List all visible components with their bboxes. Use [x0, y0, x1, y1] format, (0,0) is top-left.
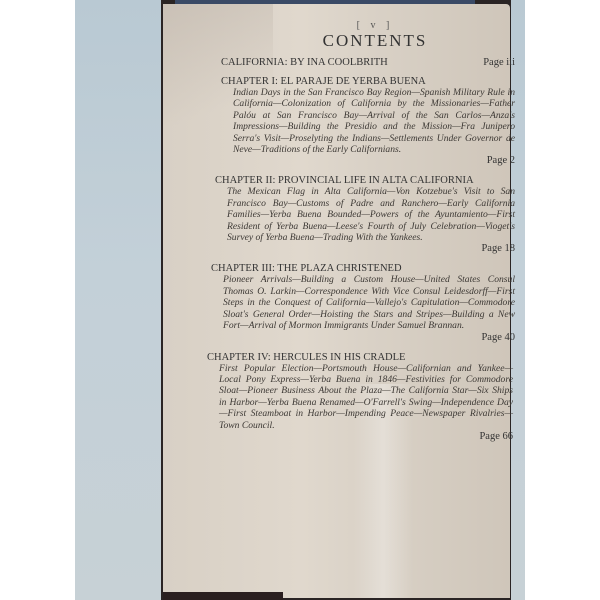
contents-page: [ v ] CONTENTS CALIFORNIA: BY INA COOLBR… [163, 4, 510, 598]
book-photo: [ v ] CONTENTS CALIFORNIA: BY INA COOLBR… [75, 0, 525, 600]
chapter-page: Page 2 [221, 155, 515, 167]
chapter-entry: CHAPTER III: THE PLAZA CHRISTENED Pionee… [211, 263, 515, 343]
chapter-page: Page 18 [215, 243, 515, 255]
chapter-heading: CHAPTER IV: HERCULES IN HIS CRADLE [207, 352, 513, 363]
chapter-description: The Mexican Flag in Alta California—Von … [227, 186, 515, 243]
page-folio: [ v ] [235, 20, 515, 31]
front-entry: CALIFORNIA: BY INA COOLBRITH Page iii [221, 57, 515, 68]
chapter-heading: CHAPTER II: PROVINCIAL LIFE IN ALTA CALI… [215, 175, 515, 186]
chapter-page: Page 66 [207, 431, 513, 443]
chapter-heading: CHAPTER I: EL PARAJE DE YERBA BUENA [221, 76, 515, 87]
page-title: CONTENTS [235, 31, 515, 51]
chapter-entry: CHAPTER I: EL PARAJE DE YERBA BUENA Indi… [221, 76, 515, 167]
chapter-entry: CHAPTER II: PROVINCIAL LIFE IN ALTA CALI… [215, 175, 515, 255]
chapter-entry: CHAPTER IV: HERCULES IN HIS CRADLE First… [207, 352, 513, 443]
chapter-description: Pioneer Arrivals—Building a Custom House… [223, 274, 515, 331]
chapter-page: Page 40 [211, 332, 515, 344]
table-of-contents: [ v ] CONTENTS CALIFORNIA: BY INA COOLBR… [223, 20, 515, 443]
front-entry-page: Page iii [483, 57, 515, 68]
chapter-heading: CHAPTER III: THE PLAZA CHRISTENED [211, 263, 515, 274]
chapter-description: First Popular Election—Portsmouth House—… [219, 363, 513, 431]
table-edge [163, 592, 283, 600]
front-entry-label: CALIFORNIA: BY INA COOLBRITH [221, 57, 388, 68]
chapter-description: Indian Days in the San Francisco Bay Reg… [233, 87, 515, 155]
